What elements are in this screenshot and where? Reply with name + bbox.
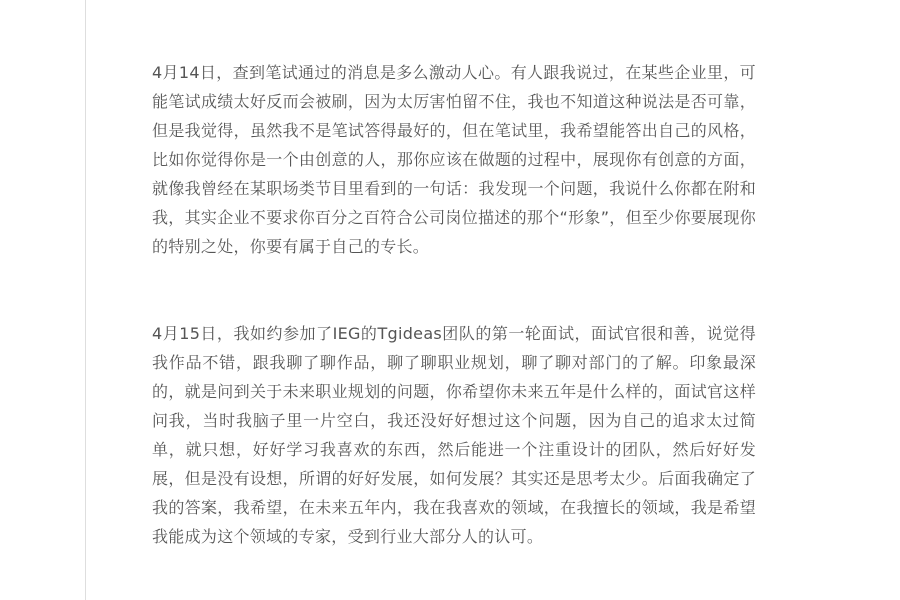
article-body: 4月14日，查到笔试通过的消息是多么激动人心。有人跟我说过，在某些企业里，可能笔… <box>152 58 756 551</box>
paragraph-april-15: 4月15日，我如约参加了IEG的Tgideas团队的第一轮面试，面试官很和善，说… <box>152 319 756 551</box>
page: 4月14日，查到笔试通过的消息是多么激动人心。有人跟我说过，在某些企业里，可能笔… <box>0 0 900 600</box>
paragraph-april-14: 4月14日，查到笔试通过的消息是多么激动人心。有人跟我说过，在某些企业里，可能笔… <box>152 58 756 261</box>
vertical-divider <box>85 0 86 600</box>
